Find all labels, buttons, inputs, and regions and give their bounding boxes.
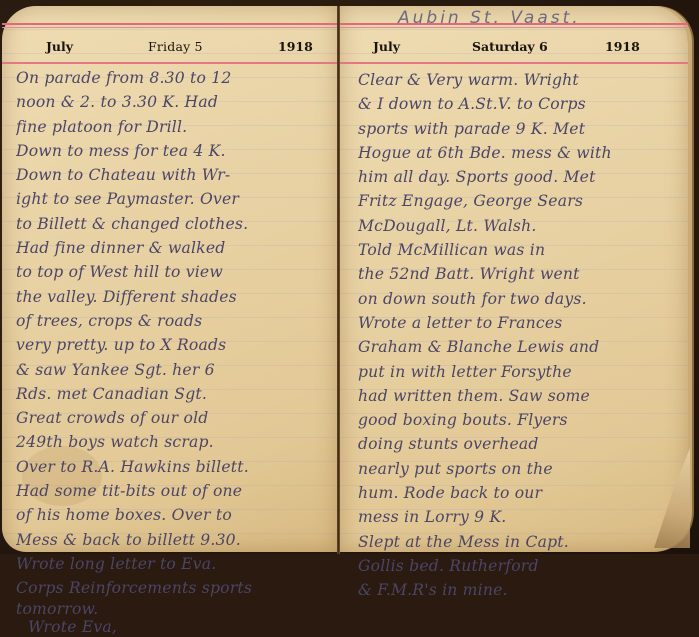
header-day: Friday 5 [148, 39, 203, 54]
entry-line: McDougall, Lt. Walsh. [358, 214, 674, 238]
entry-line: & saw Yankee Sgt. her 6 [16, 358, 328, 382]
header-day: Saturday 6 [472, 39, 548, 54]
header-year: 1918 [605, 39, 640, 54]
entry-line: Rds. met Canadian Sgt. [16, 382, 328, 406]
entry-line: 249th boys watch scrap. [16, 430, 328, 454]
entry-line: Down to Chateau with Wr- [16, 163, 328, 187]
entry-line: Clear & Very warm. Wright [358, 68, 674, 92]
header-rule-top [340, 23, 688, 28]
entry-line: Had some tit-bits out of one [16, 479, 328, 503]
entry-line: noon & 2. to 3.30 K. Had [16, 90, 328, 114]
entry-line: Great crowds of our old [16, 406, 328, 430]
entry-line: sports with parade 9 K. Met [358, 117, 674, 141]
entry-line: Fritz Engage, George Sears [358, 189, 674, 213]
entry-line: the 52nd Batt. Wright went [358, 262, 674, 286]
entry-line: the valley. Different shades [16, 285, 328, 309]
entry-line: of trees, crops & roads [16, 309, 328, 333]
entry-line: mess in Lorry 9 K. [358, 505, 674, 529]
page-header: July Saturday 6 1918 [340, 36, 688, 58]
header-rule-bottom [2, 62, 338, 64]
entry-line: ight to see Paymaster. Over [16, 187, 328, 211]
entry-line: had written them. Saw some [358, 384, 674, 408]
page-header: July Friday 5 1918 [2, 36, 338, 58]
diary-page-right: Aubin St. Vaast. July Saturday 6 1918 Cl… [340, 6, 688, 552]
entry-line: On parade from 8.30 to 12 [16, 66, 328, 90]
diary-entry-text: On parade from 8.30 to 12 noon & 2. to 3… [16, 66, 328, 554]
diary-page-left: July Friday 5 1918 On parade from 8.30 t… [2, 6, 338, 552]
entry-line: Hogue at 6th Bde. mess & with [358, 141, 674, 165]
entry-line: Graham & Blanche Lewis and [358, 335, 674, 359]
entry-line: doing stunts overhead [358, 432, 674, 456]
entry-line: Down to mess for tea 4 K. [16, 139, 328, 163]
entry-line: of his home boxes. Over to [16, 503, 328, 527]
entry-line: put in with letter Forsythe [358, 360, 674, 384]
entry-line: to Billett & changed clothes. [16, 212, 328, 236]
header-rule-bottom [340, 62, 688, 64]
entry-line: on down south for two days. [358, 287, 674, 311]
diary-spread: July Friday 5 1918 On parade from 8.30 t… [0, 0, 699, 554]
entry-line: hum. Rode back to our [358, 481, 674, 505]
entry-line: Wrote a letter to Frances [358, 311, 674, 335]
entry-line: very pretty. up to X Roads [16, 333, 328, 357]
entry-line: Slept at the Mess in Capt. [358, 530, 674, 554]
header-month: July [46, 39, 73, 54]
entry-line: nearly put sports on the [358, 457, 674, 481]
entry-line: good boxing bouts. Flyers [358, 408, 674, 432]
header-month: July [373, 39, 400, 54]
entry-line: Mess & back to billett 9.30. [16, 528, 328, 552]
entry-line: Over to R.A. Hawkins billett. [16, 455, 328, 479]
entry-line: & I down to A.St.V. to Corps [358, 92, 674, 116]
header-year: 1918 [278, 39, 313, 54]
entry-line: fine platoon for Drill. [16, 115, 328, 139]
entry-line: Had fine dinner & walked [16, 236, 328, 260]
entry-line: him all day. Sports good. Met [358, 165, 674, 189]
entry-line: to top of West hill to view [16, 260, 328, 284]
diary-entry-text: Clear & Very warm. Wright & I down to A.… [358, 68, 674, 554]
entry-line: Told McMillican was in [358, 238, 674, 262]
header-rule-top [2, 23, 338, 28]
